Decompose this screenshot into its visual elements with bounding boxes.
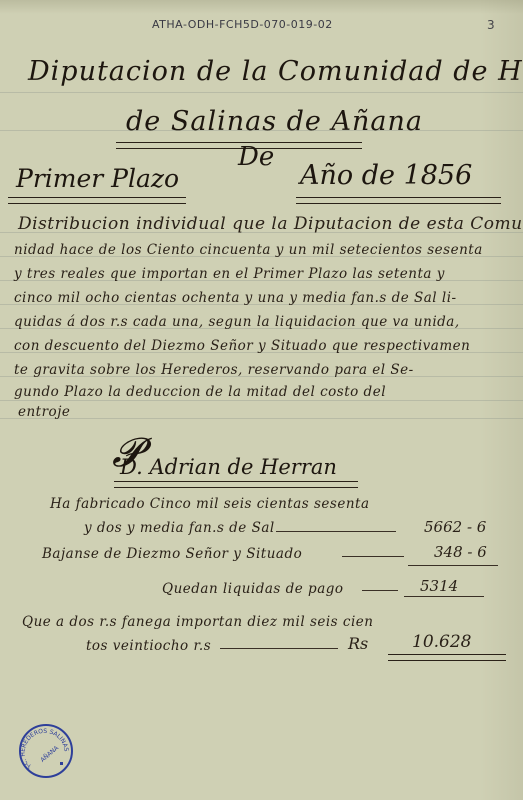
period-left: Primer Plazo	[16, 164, 179, 193]
page-number: 3	[487, 18, 495, 32]
ledger-amount: 5662 - 6	[424, 518, 486, 536]
stamp-icon: C. HEREDEROS SALINAS AÑANA Y	[19, 724, 73, 778]
ledger-amount-total: 10.628	[412, 632, 471, 652]
ruled-line	[0, 92, 523, 93]
ledger-amount: 5314	[420, 577, 458, 595]
body-line: cinco mil ocho cientas ochenta y una y m…	[14, 290, 457, 306]
ledger-label: Ha fabricado Cinco mil seis cientas sese…	[50, 496, 370, 512]
body-line: entroje	[18, 404, 70, 420]
leader-line	[220, 648, 338, 649]
period-left-underline	[8, 197, 186, 204]
svg-text:Y: Y	[26, 764, 31, 771]
heir-name: D. Adrian de Herran	[120, 455, 337, 479]
archive-stamp: C. HEREDEROS SALINAS AÑANA Y	[19, 724, 73, 778]
body-line: con descuento del Diezmo Señor y Situado…	[14, 338, 470, 354]
heir-name-underline	[114, 481, 358, 488]
ruled-line	[0, 418, 523, 419]
heading-line-2: de Salinas de Añana	[126, 106, 423, 137]
sum-rule	[404, 596, 484, 597]
ledger-label: y dos y media fan.s de Sal	[84, 520, 275, 536]
archive-reference: ATHA-ODH-FCH5D-070-019-02	[152, 18, 333, 31]
currency-mark: Rs	[348, 634, 368, 653]
document-page: ATHA-ODH-FCH5D-070-019-02 3 Diputacion d…	[0, 0, 523, 800]
body-line: Distribucion individual que la Diputacio…	[18, 214, 523, 234]
ledger-label: Que a dos r.s fanega importan diez mil s…	[22, 614, 373, 630]
period-right: Año de 1856	[300, 160, 472, 191]
ledger-label: Bajanse de Diezmo Señor y Situado	[42, 546, 302, 562]
leader-line	[276, 531, 396, 532]
sum-rule	[408, 565, 498, 566]
period-right-underline	[296, 197, 501, 204]
body-line: y tres reales que importan en el Primer …	[14, 266, 445, 282]
body-line: quidas á dos r.s cada una, segun la liqu…	[14, 314, 460, 330]
leader-line	[342, 556, 404, 557]
leader-line	[362, 590, 398, 591]
ruled-line	[0, 400, 523, 401]
body-line: te gravita sobre los Herederos, reservan…	[14, 362, 414, 378]
period-connector: De	[238, 142, 274, 172]
heading-line-1: Diputacion de la Comunidad de Herederos	[28, 56, 523, 87]
body-line: nidad hace de los Ciento cincuenta y un …	[14, 242, 483, 258]
ledger-label: Quedan liquidas de pago	[162, 581, 344, 597]
ledger-label: tos veintiocho r.s	[86, 638, 211, 654]
body-line: gundo Plazo la deduccion de la mitad del…	[14, 384, 386, 400]
ledger-amount: 348 - 6	[434, 543, 487, 561]
total-underline	[388, 654, 506, 661]
svg-text:AÑANA: AÑANA	[39, 744, 60, 764]
